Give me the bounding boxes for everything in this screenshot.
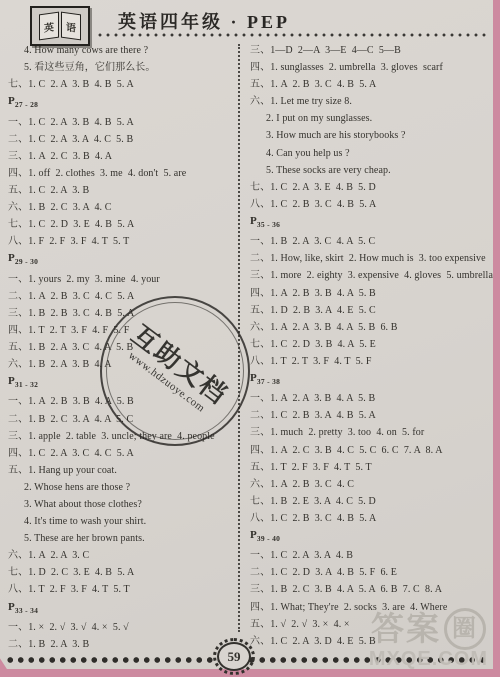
answer-line: 三、1. much 2. pretty 3. too 4. on 5. for	[250, 424, 487, 441]
answer-line: 四、1. sunglasses 2. umbrella 3. gloves sc…	[250, 59, 487, 76]
answers-area: 4. How many cows are there ?5. 看这些豆角，它们那…	[8, 42, 487, 642]
answer-line: 一、1. A 2. B 3. B 4. A 5. B	[8, 393, 237, 410]
answer-line: 2. Whose hens are those ?	[8, 479, 237, 496]
section-page-label: P27 - 28	[8, 93, 237, 113]
answer-line: 4. It's time to wash your shirt.	[8, 513, 237, 530]
answer-line: 六、1. A 2. A 3. C	[8, 547, 237, 564]
answer-line: 五、1. √ 2. √ 3. × 4. ×	[250, 616, 487, 633]
page-number: 59	[228, 649, 241, 665]
answer-line: 三、1. B 2. B 3. C 4. B 5. A	[8, 305, 237, 322]
answer-line: 三、1. B 2. C 3. B 4. A 5. A 6. B 7. C 8. …	[250, 581, 487, 598]
answer-line: 一、1. A 2. A 3. B 4. A 5. B	[250, 390, 487, 407]
answer-line: 五、1. T 2. F 3. F 4. T 5. T	[250, 459, 487, 476]
answer-line: 四、1. A 2. B 3. B 4. A 5. B	[250, 285, 487, 302]
answers-right-column: 三、1—D 2—A 3—E 4—C 5—B四、1. sunglasses 2. …	[241, 42, 487, 642]
answer-line: 六、1. A 2. B 3. C 4. C	[250, 476, 487, 493]
answer-line: 二、1. C 2. D 3. A 4. B 5. F 6. E	[250, 564, 487, 581]
answer-line: 三、1. A 2. C 3. B 4. A	[8, 148, 237, 165]
answers-left-column: 4. How many cows are there ?5. 看这些豆角，它们那…	[8, 42, 237, 642]
answer-line: 5. These socks are very cheap.	[250, 162, 487, 179]
column-divider	[238, 44, 240, 632]
answer-line: 一、1. yours 2. my 3. mine 4. your	[8, 271, 237, 288]
title-dotted-rule	[96, 32, 488, 38]
answer-line: 三、1. more 2. eighty 3. expensive 4. glov…	[250, 267, 487, 284]
section-page-label: P39 - 40	[250, 527, 487, 547]
answer-line: 三、1. apple 2. table 3. uncle; they are 4…	[8, 428, 237, 445]
answer-line: 4. Can you help us ?	[250, 145, 487, 162]
answer-line: 二、1. How, like, skirt 2. How much is 3. …	[250, 250, 487, 267]
section-page-label: P35 - 36	[250, 213, 487, 233]
answer-line: 七、1. B 2. E 3. A 4. C 5. D	[250, 493, 487, 510]
answer-line: 六、1. B 2. A 3. B 4. A	[8, 356, 237, 373]
answer-line: 一、1. C 2. A 3. B 4. B 5. A	[8, 114, 237, 131]
scan-edge-corner	[0, 643, 16, 677]
page-number-badge: 59	[217, 642, 251, 671]
answer-line: 七、1. C 2. D 3. B 4. A 5. E	[250, 336, 487, 353]
answer-line: 六、1. C 2. A 3. D 4. E 5. B	[250, 633, 487, 650]
scan-edge-bottom	[0, 669, 500, 677]
answer-line: 五、1. D 2. B 3. A 4. E 5. C	[250, 302, 487, 319]
answer-line: 3. What about those clothes?	[8, 496, 237, 513]
answer-line: 七、1. C 2. D 3. E 4. B 5. A	[8, 216, 237, 233]
answer-line: 八、1. C 2. B 3. C 4. B 5. A	[250, 510, 487, 527]
section-page-label: P29 - 30	[8, 250, 237, 270]
answer-line: 八、1. T 2. F 3. F 4. T 5. T	[8, 581, 237, 598]
workbook-answer-page: 英 语 英语四年级 · PEP 4. How many cows are the…	[0, 0, 500, 677]
scan-edge-right	[493, 0, 500, 677]
answer-line: 一、1. B 2. A 3. C 4. A 5. C	[250, 233, 487, 250]
answer-line: 八、1. T 2. T 3. F 4. T 5. F	[250, 353, 487, 370]
answer-line: 六、1. A 2. A 3. B 4. A 5. B 6. B	[250, 319, 487, 336]
answer-line: 八、1. F 2. F 3. F 4. T 5. T	[8, 233, 237, 250]
answer-line: 2. I put on my sunglasses.	[250, 110, 487, 127]
book-logo-left-page: 英	[39, 12, 59, 41]
section-page-label: P33 - 34	[8, 599, 237, 619]
section-page-label: P31 - 32	[8, 373, 237, 393]
answer-line: 四、1. T 2. T 3. F 4. F 5. F	[8, 322, 237, 339]
answer-line: 六、1. Let me try size 8.	[250, 93, 487, 110]
answer-line: 四、1. off 2. clothes 3. me 4. don't 5. ar…	[8, 165, 237, 182]
answer-line: 二、1. A 2. B 3. C 4. C 5. A	[8, 288, 237, 305]
answer-line: 七、1. C 2. A 3. B 4. B 5. A	[8, 76, 237, 93]
answer-line: 五、1. B 2. A 3. C 4. A 5. B	[8, 339, 237, 356]
answer-line: 五、1. C 2. A 3. B	[8, 182, 237, 199]
answer-line: 七、1. D 2. C 3. E 4. B 5. A	[8, 564, 237, 581]
book-logo-icon: 英 语	[30, 6, 90, 46]
section-page-label: P37 - 38	[250, 370, 487, 390]
answer-line: 五、1. A 2. B 3. C 4. B 5. A	[250, 76, 487, 93]
answer-line: 八、1. C 2. B 3. C 4. B 5. A	[250, 196, 487, 213]
answer-line: 二、1. C 2. B 3. A 4. B 5. A	[250, 407, 487, 424]
answer-line: 七、1. C 2. A 3. E 4. B 5. D	[250, 179, 487, 196]
answer-line: 五、1. Hang up your coat.	[8, 462, 237, 479]
answer-line: 3. How much are his storybooks ?	[250, 127, 487, 144]
answer-line: 四、1. What; They're 2. socks 3. are 4. Wh…	[250, 599, 487, 616]
page-title: 英语四年级 · PEP	[118, 8, 290, 34]
answer-line: 5. These are her brown pants.	[8, 530, 237, 547]
answer-line: 四、1. C 2. A 3. C 4. C 5. A	[8, 445, 237, 462]
answer-line: 一、1. × 2. √ 3. √ 4. × 5. √	[8, 619, 237, 636]
answer-line: 二、1. B 2. C 3. A 4. A 5. C	[8, 411, 237, 428]
answer-line: 5. 看这些豆角，它们那么长。	[8, 59, 237, 76]
answer-line: 四、1. A 2. C 3. B 4. C 5. C 6. C 7. A 8. …	[250, 442, 487, 459]
answer-line: 一、1. C 2. A 3. A 4. B	[250, 547, 487, 564]
answer-line: 4. How many cows are there ?	[8, 42, 237, 59]
answer-line: 六、1. B 2. C 3. A 4. C	[8, 199, 237, 216]
book-logo-right-page: 语	[61, 12, 81, 41]
answer-line: 二、1. C 2. A 3. A 4. C 5. B	[8, 131, 237, 148]
answer-line: 三、1—D 2—A 3—E 4—C 5—B	[250, 42, 487, 59]
answer-line: 二、1. B 2. A 3. B	[8, 636, 237, 653]
